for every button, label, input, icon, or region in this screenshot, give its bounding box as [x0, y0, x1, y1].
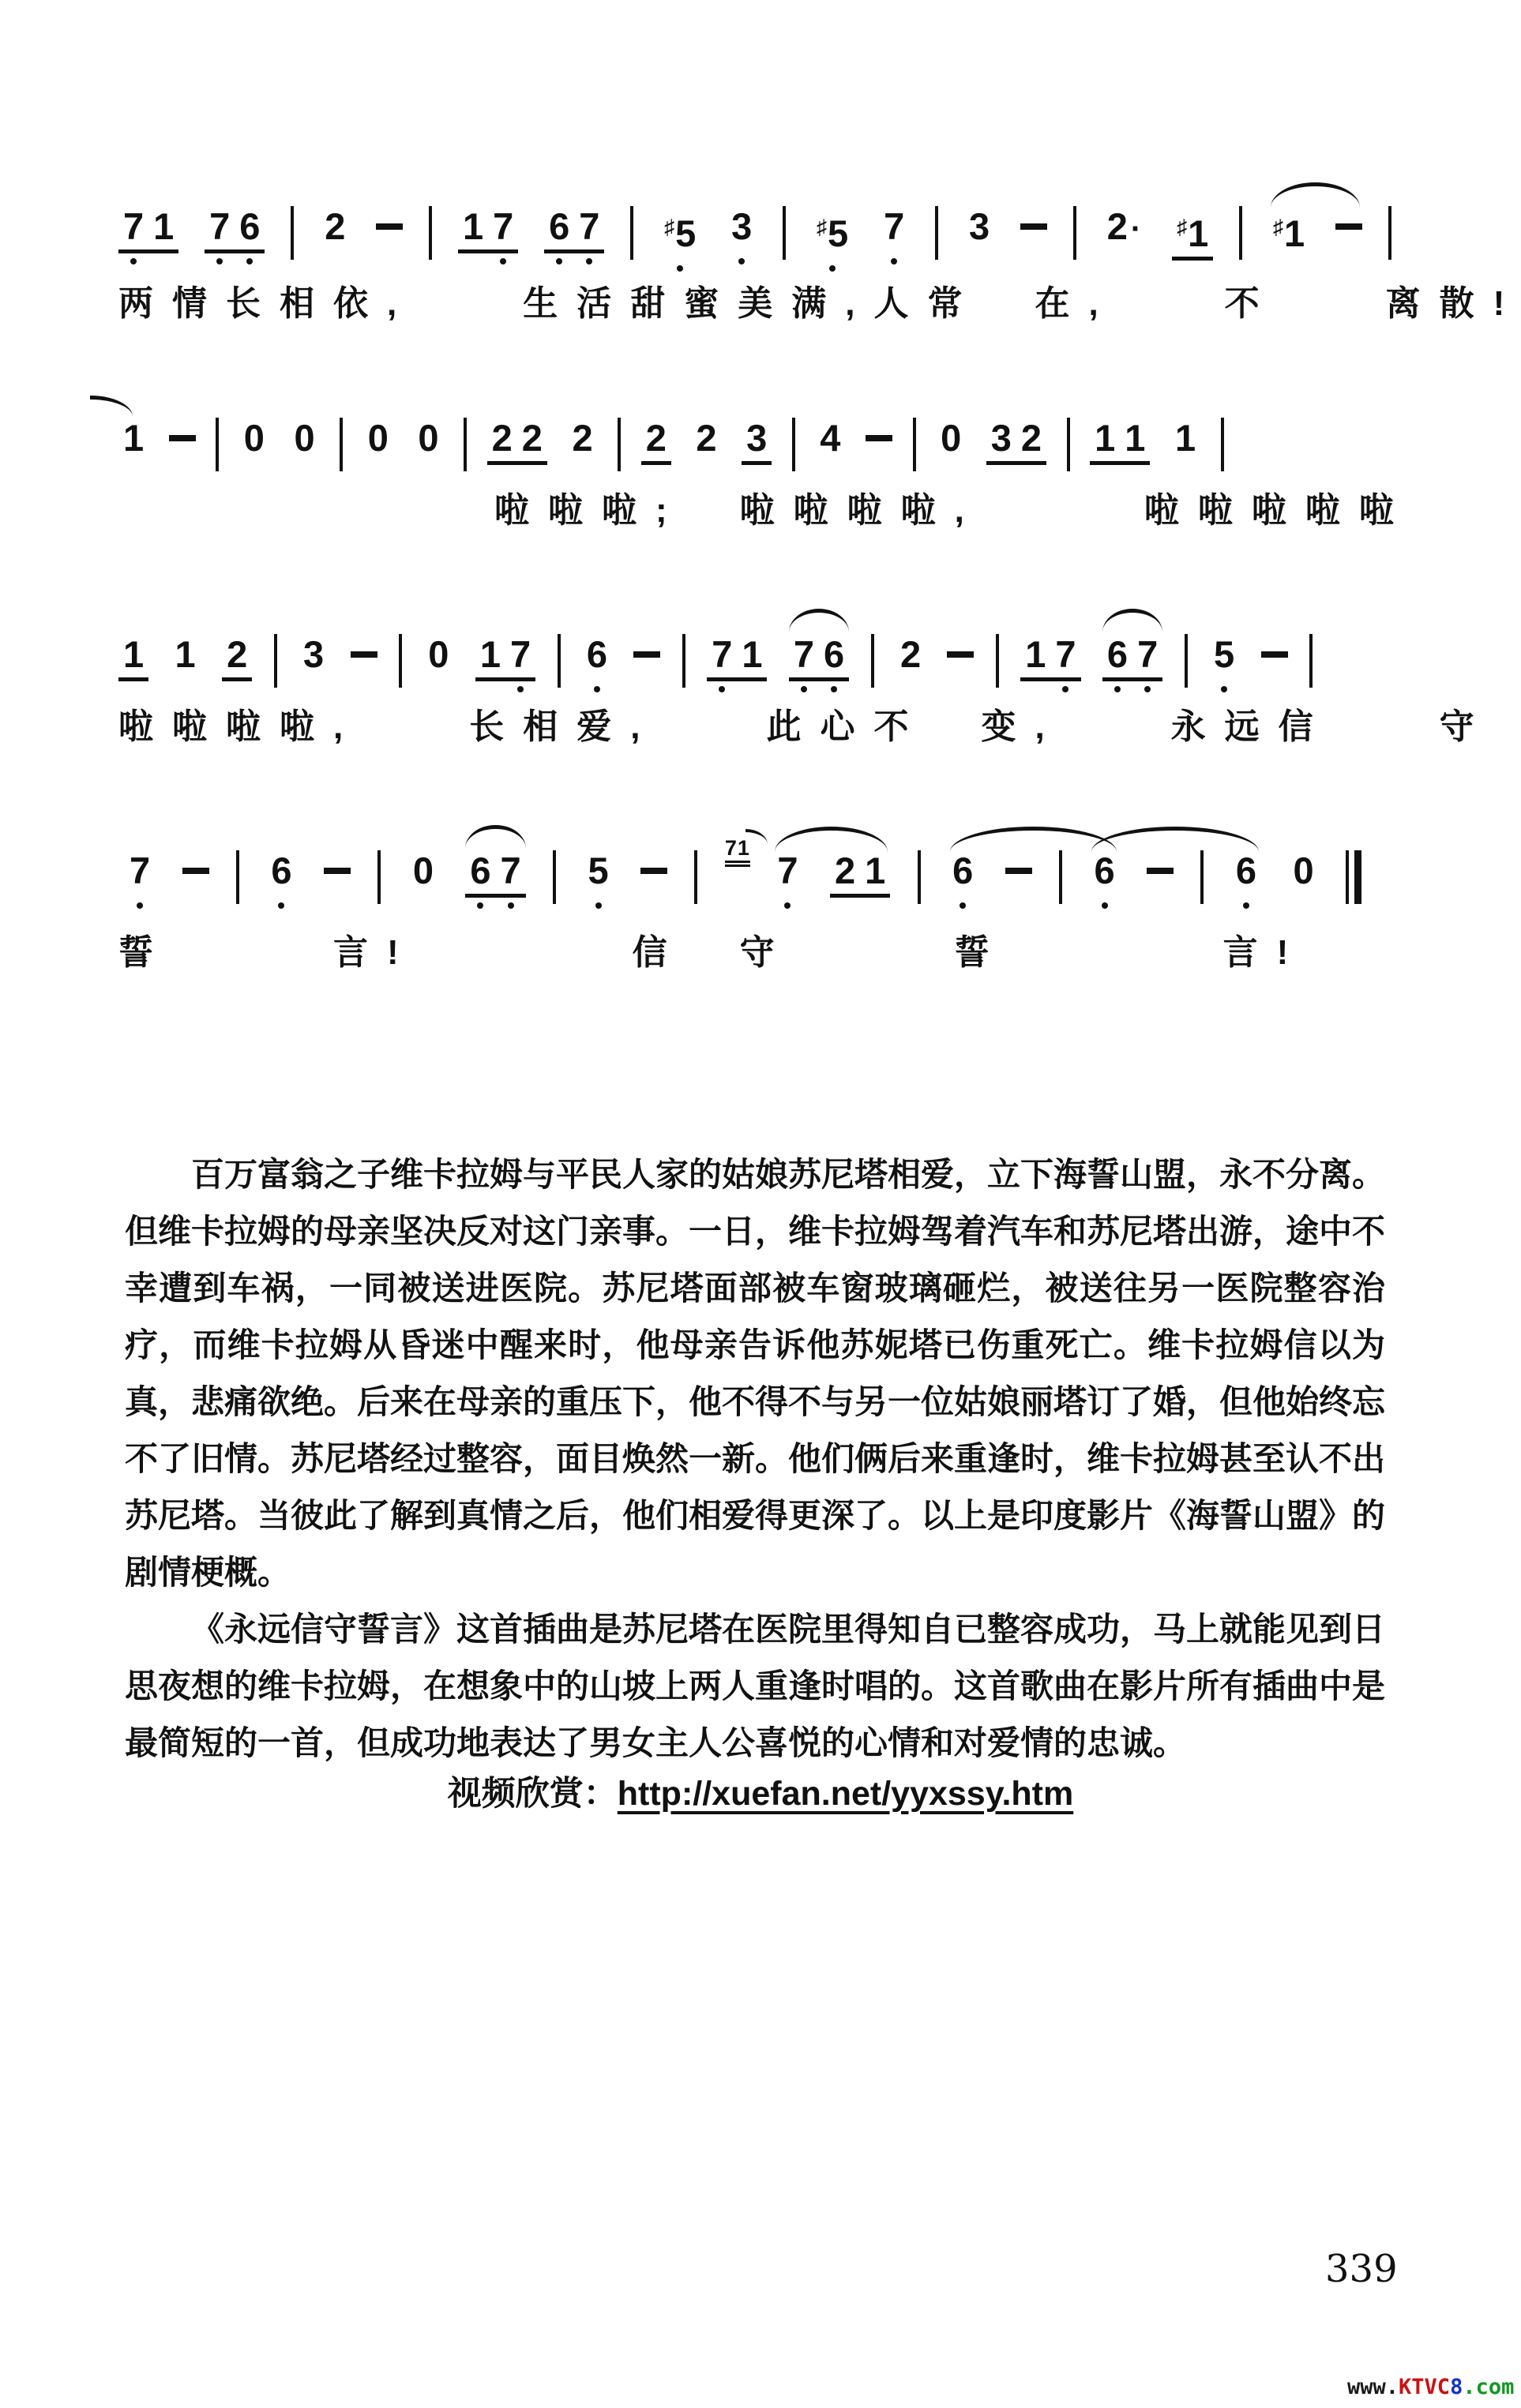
note-digit-line: 7 [510, 633, 531, 676]
beam-underline [742, 461, 772, 465]
note-group: 3 [964, 205, 994, 264]
note-cell: 3 [964, 205, 994, 264]
note-group: 6 [1231, 850, 1261, 909]
octave-dot [719, 686, 725, 692]
note-digit-line: 2 [522, 417, 543, 459]
note-digit-line: 2 [325, 205, 345, 248]
octave-dot [831, 686, 837, 692]
note-digit-line: 7 [777, 850, 798, 892]
note-digit: 2 [900, 633, 921, 675]
barline [1221, 418, 1224, 471]
note-cell: 2 [487, 417, 517, 476]
duration-dash [169, 417, 196, 441]
beam-underline [574, 249, 604, 253]
duration-dash [324, 850, 351, 874]
beam-underline [544, 249, 574, 253]
note-cell: 1 [1090, 417, 1120, 476]
note-cell: 6 [948, 850, 978, 909]
note-digit: 7 [777, 850, 798, 891]
watermark-com: .com [1463, 2375, 1514, 2399]
note-digit: 2 [1107, 205, 1128, 247]
note-cell: 2 [517, 417, 547, 476]
note-cell: 2 [896, 633, 926, 692]
note-digit-line: 6 [1107, 633, 1128, 676]
note-digit-line: 1 [123, 417, 144, 459]
note-cell: 1 [1120, 417, 1150, 476]
note-digit-line: 7 [579, 205, 599, 248]
note-group: 2 [320, 205, 350, 264]
octave-dot [1114, 686, 1121, 692]
barline [694, 850, 697, 904]
note-cell: 2 [641, 417, 671, 476]
note-cell: 6 [819, 633, 849, 692]
note-cell: 7 [496, 850, 526, 909]
note-digit: 6 [1094, 850, 1114, 891]
note-digit-line: 7 [794, 633, 814, 676]
lyric-line-3: 啦啦啦啦, 长相爱, 此心不 变, 永远信 守 [118, 698, 1493, 748]
note-digit-line: 0 [294, 417, 314, 459]
note-cell: 6 [266, 850, 296, 909]
watermark-www: www. [1347, 2375, 1399, 2399]
note-digit-line: ♯1 [1177, 205, 1208, 255]
note-digit: 3 [969, 205, 990, 247]
beam-underline [148, 249, 178, 253]
note-group: ♯5 [659, 205, 700, 272]
video-caption: 视频欣赏：http://xuefan.net/yyxssy.htm [0, 1767, 1521, 1815]
note-group: 17 [1020, 633, 1080, 692]
page-number: 339 [1325, 2247, 1398, 2291]
note-digit: 6 [1107, 633, 1128, 675]
note-group: 0 [408, 850, 438, 909]
barline [1388, 206, 1391, 260]
note-group: 2· [1102, 205, 1146, 267]
site-watermark: www.KTVC8.com [1347, 2375, 1514, 2399]
note-digit: 2 [227, 633, 247, 675]
note-digit-line: 7 [209, 205, 230, 248]
note-group: 32 [986, 417, 1046, 476]
note-group: 71 [707, 633, 767, 692]
note-group: 1 [1170, 417, 1200, 476]
note-cell: 2 [222, 633, 252, 692]
note-digit: 6 [271, 850, 291, 891]
note-group: 67 [1102, 633, 1162, 692]
note-cell: 7 [205, 205, 235, 264]
note-digit: 1 [175, 633, 196, 675]
note-digit-line: 0 [1293, 850, 1313, 892]
note-digit: 2 [325, 205, 345, 247]
duration-dash [182, 850, 209, 874]
octave-dot [1144, 686, 1151, 692]
note-group: 1 [118, 633, 148, 692]
octave-dot [1221, 686, 1227, 692]
note-group: 2 [641, 417, 671, 476]
note-cell: 6 [465, 850, 495, 909]
beam-underline [487, 461, 517, 465]
note-cell: 0 [413, 417, 443, 476]
note-group: 6 [266, 850, 296, 909]
note-cell: 6 [235, 205, 265, 264]
note-group: 4 [815, 417, 845, 476]
note-digit: 5 [828, 212, 848, 254]
note-cell: 7 [488, 205, 518, 264]
note-group: 76 [789, 633, 849, 692]
note-digit: 7 [794, 633, 814, 675]
beam-underline [641, 461, 671, 465]
beam-underline [1132, 677, 1162, 681]
note-digit-line: 6 [549, 205, 569, 248]
note-group: 0 [289, 417, 319, 476]
lyric-line-2: 啦啦啦; 啦啦啦啦, 啦啦啦啦啦 [118, 482, 1413, 532]
note-digit: 5 [675, 212, 696, 254]
note-digit-line: 5 [1214, 633, 1234, 676]
note-digit: 6 [549, 205, 569, 247]
barline [630, 206, 633, 260]
barline [1067, 418, 1070, 471]
duration-dash-bar [169, 435, 196, 441]
note-digit-line: 1 [463, 205, 483, 248]
note-group: 67 [544, 205, 604, 264]
note-group: 7 [879, 205, 909, 264]
beam-underline [458, 249, 488, 253]
note-digit: 7 [1055, 633, 1076, 675]
note-group: 17 [458, 205, 518, 264]
octave-dot [517, 686, 524, 692]
barline [216, 418, 219, 471]
note-digit-line: 6 [824, 633, 844, 676]
grace-beam-1 [725, 861, 750, 863]
note-digit: 1 [1188, 212, 1208, 254]
note-digit-line: ♯5 [817, 205, 848, 255]
duration-dash-bar [1335, 223, 1362, 230]
note-group: 11 [1090, 417, 1150, 476]
note-digit-line: 3 [746, 417, 767, 459]
note-digit: 2 [646, 417, 667, 459]
note-cell: 7 [1132, 633, 1162, 692]
note-digit: 3 [746, 417, 767, 459]
octave-dot [829, 265, 836, 272]
note-cell: 0 [408, 850, 438, 909]
barline [429, 206, 432, 260]
octave-dot [246, 258, 253, 264]
note-digit-line: 2 [572, 417, 592, 459]
note-group: 67 [465, 850, 525, 909]
note-digit: 1 [1284, 212, 1305, 254]
story-paragraph-plot: 百万富翁之子维卡拉姆与平民人家的姑娘苏尼塔相爱，立下海誓山盟，永不分离。但维卡拉… [125, 1146, 1385, 1601]
barline [1200, 850, 1204, 904]
note-digit: 2 [1021, 417, 1042, 459]
note-digit-line: 5 [588, 850, 609, 892]
octave-dot [477, 902, 483, 909]
note-digit: 3 [731, 205, 752, 247]
note-digit: 1 [1125, 417, 1145, 459]
note-digit: 1 [742, 633, 762, 675]
note-digit-line: 7 [712, 633, 732, 676]
note-digit-line: 7 [123, 205, 144, 248]
note-digit-line: 2 [1021, 417, 1042, 459]
note-digit-line: 2 [492, 417, 513, 459]
note-group: 5 [1209, 633, 1239, 692]
beam-underline [1016, 461, 1046, 465]
duration-dash [1261, 633, 1288, 658]
note-digit: 1 [1025, 633, 1046, 675]
note-digit-line: 2 [646, 417, 667, 459]
note-digit: 5 [1214, 633, 1234, 675]
barline [913, 418, 916, 471]
note-digit: 0 [428, 633, 449, 675]
octave-dot [137, 902, 143, 909]
note-cell: 1 [458, 205, 488, 264]
note-cell: 1 [1170, 417, 1200, 476]
note-digit-line: 7 [1055, 633, 1076, 676]
barline [1309, 634, 1313, 688]
barline [1239, 206, 1242, 260]
note-digit: 2 [572, 417, 592, 459]
octave-dot [278, 902, 284, 909]
lyric-line-1: 两情长相依, 生活甜蜜美满,人常 在, 不 离散! [118, 275, 1521, 325]
note-cell: 6 [1102, 633, 1132, 692]
music-system-1: 717621767♯53♯5732·♯1♯1 [118, 177, 1391, 272]
note-group: ♯1 [1268, 205, 1309, 272]
note-digit-line: 2 [835, 850, 855, 892]
note-digit: 2 [835, 850, 855, 891]
note-cell: 1 [118, 417, 148, 476]
barline [464, 418, 467, 471]
note-digit: 3 [991, 417, 1012, 459]
barline [618, 418, 621, 471]
note-group: 2 [691, 417, 721, 476]
barline [1073, 206, 1076, 260]
note-cell: 6 [1089, 850, 1119, 909]
slur-arc [1102, 609, 1162, 632]
story-text: 百万富翁之子维卡拉姆与平民人家的姑娘苏尼塔相爱，立下海誓山盟，永不分离。但维卡拉… [125, 1146, 1385, 1772]
duration-dash-bar [1005, 868, 1032, 874]
note-group: 3 [727, 205, 757, 264]
note-group: 7 [125, 850, 155, 909]
note-digit: 7 [510, 633, 531, 675]
note-digit: 1 [865, 850, 885, 891]
note-group: ♯1 [1172, 205, 1213, 272]
story-paragraph-song: 《永远信守誓言》这首插曲是苏尼塔在医院里得知自已整容成功，马上就能见到日思夜想的… [125, 1601, 1385, 1772]
note-group: ♯5 [812, 205, 853, 272]
note-cell: 6 [582, 633, 612, 692]
beam-underline [1050, 677, 1080, 681]
note-cell: 0 [289, 417, 319, 476]
duration-dash [376, 205, 403, 230]
note-digit-line: 6 [1236, 850, 1256, 892]
grace-notes: 71 [725, 837, 750, 867]
beam-underline [205, 249, 235, 253]
note-cell: 1 [737, 633, 767, 692]
note-digit-line: 0 [244, 417, 265, 459]
note-cell: 1 [1020, 633, 1050, 692]
note-group: 0 [413, 417, 443, 476]
barline [377, 850, 381, 904]
barline [291, 206, 294, 260]
beam-underline [235, 249, 265, 253]
note-cell: 7 [789, 633, 819, 692]
sharp-sign: ♯ [1273, 215, 1283, 238]
beam-underline [737, 677, 767, 681]
note-digit: 7 [712, 633, 732, 675]
barline [1185, 634, 1188, 688]
beam-underline [860, 894, 890, 898]
octave-dot [738, 258, 745, 264]
barline [1059, 850, 1062, 904]
note-cell: 0 [1288, 850, 1318, 909]
note-digit: 0 [418, 417, 438, 459]
note-group: 0 [363, 417, 393, 476]
songbook-page: 717621767♯53♯5732·♯1♯1 两情长相依, 生活甜蜜美满,人常 … [0, 0, 1521, 2408]
octave-dot [130, 258, 137, 264]
beam-underline [830, 894, 860, 898]
duration-dash-bar [376, 223, 403, 230]
note-digit-line: 1 [1025, 633, 1046, 676]
octave-dot [1243, 902, 1249, 909]
grace-beam-2 [725, 865, 750, 867]
note-cell: 1 [475, 633, 505, 692]
note-digit-line: 6 [1094, 850, 1114, 892]
note-cell: 2 [830, 850, 860, 909]
music-system-2: 100002222234032111 [118, 388, 1224, 476]
beam-underline [1120, 461, 1150, 465]
note-cell: 7 [118, 205, 148, 264]
note-cell: 5 [1209, 633, 1239, 692]
barline [399, 634, 402, 688]
beam-underline [475, 677, 505, 681]
note-digit: 6 [952, 850, 973, 891]
note-digit: 1 [1175, 417, 1196, 459]
barline [918, 850, 921, 904]
note-cell: 2 [1016, 417, 1046, 476]
barline [558, 634, 561, 688]
barline [792, 418, 795, 471]
octave-dot [891, 258, 897, 264]
duration-dash-bar [182, 868, 209, 874]
note-cell: 7 [772, 850, 802, 909]
duration-dash [351, 633, 377, 658]
note-group: 0 [423, 633, 453, 692]
note-digit-line: 3 [969, 205, 990, 248]
octave-dot [1102, 902, 1108, 909]
note-digit-line: 4 [820, 417, 840, 459]
note-group: 0 [936, 417, 966, 476]
note-digit: 2 [696, 417, 716, 459]
note-digit: 0 [941, 417, 961, 459]
note-cell: 0 [363, 417, 393, 476]
note-digit-line: 0 [418, 417, 438, 459]
note-digit-line: 1 [742, 633, 762, 676]
note-group: 1 [118, 417, 148, 476]
beam-underline [1020, 677, 1050, 681]
octave-dot [677, 265, 683, 272]
note-cell: 0 [936, 417, 966, 476]
beam-underline [488, 249, 518, 253]
note-cell: 1 [118, 633, 148, 692]
note-digit-line: 7 [493, 205, 513, 248]
duration-dash-bar [1261, 651, 1288, 658]
note-group: 6 [948, 850, 978, 909]
note-digit-line: 7 [884, 205, 904, 248]
barline [682, 634, 685, 688]
note-digit-line: 1 [153, 205, 174, 248]
note-digit: 7 [501, 850, 521, 891]
duration-dash [1147, 850, 1174, 874]
octave-dot [586, 258, 592, 264]
octave-dot [216, 258, 223, 264]
note-digit: 6 [1236, 850, 1256, 891]
note-digit-line: 2 [900, 633, 921, 676]
watermark-ktvc: KTVC [1399, 2375, 1450, 2399]
note-group: 17 [475, 633, 535, 692]
duration-dash [640, 850, 667, 874]
beam-underline [789, 677, 819, 681]
note-digit: 3 [303, 633, 324, 675]
barline [340, 418, 343, 471]
beam-underline [118, 249, 148, 253]
barline [783, 206, 786, 260]
beam-underline [465, 894, 495, 898]
music-system-3: 112301767176217675 [118, 605, 1313, 692]
beam-underline [222, 677, 252, 681]
note-group: 5 [584, 850, 614, 909]
tie-arc [775, 827, 888, 852]
note-group: 6 [1089, 850, 1119, 909]
duration-dash-bar [351, 651, 377, 658]
note-cell: 6 [1231, 850, 1261, 909]
final-barline-thick [1354, 850, 1361, 904]
note-digit: 2 [492, 417, 513, 459]
note-cell: 5 [584, 850, 614, 909]
note-cell: ♯5 [659, 205, 700, 272]
watermark-eight: 8 [1450, 2375, 1463, 2399]
sharp-sign: ♯ [817, 215, 827, 238]
note-cell: 1 [860, 850, 890, 909]
note-group: 22 [487, 417, 547, 476]
octave-dot [595, 902, 602, 909]
note-digit: 0 [294, 417, 314, 459]
note-cell: ♯1 [1268, 205, 1309, 272]
beam-underline [505, 677, 535, 681]
note-digit-line: ♯5 [664, 205, 696, 255]
note-cell: 6 [544, 205, 574, 264]
note-group: 2 [222, 633, 252, 692]
note-cell: 7 [574, 205, 604, 264]
note-digit: 2 [522, 417, 543, 459]
note-digit-line: 7 [130, 850, 150, 892]
duration-dash-bar [866, 435, 892, 441]
note-digit: 6 [587, 633, 607, 675]
note-digit-line: 3 [303, 633, 324, 676]
note-digit: 5 [588, 850, 609, 891]
note-group: 0 [239, 417, 269, 476]
slur-arc [465, 825, 525, 849]
video-url-text: http://xuefan.net/yyxssy.htm [618, 1775, 1073, 1813]
duration-dash-bar [1147, 868, 1174, 874]
note-cell: 2 [691, 417, 721, 476]
octave-dot [960, 902, 966, 909]
duration-dash [1335, 205, 1362, 230]
note-cell: 2 [320, 205, 350, 264]
note-digit-line: 2 [696, 417, 716, 459]
beam-underline [118, 677, 148, 681]
barline [935, 206, 938, 260]
note-cell: 3 [299, 633, 329, 692]
note-cell: 2 [567, 417, 597, 476]
sharp-sign: ♯ [1177, 215, 1187, 238]
note-digit: 4 [820, 417, 840, 459]
note-digit: 1 [123, 633, 144, 675]
slur-arc [789, 609, 849, 632]
